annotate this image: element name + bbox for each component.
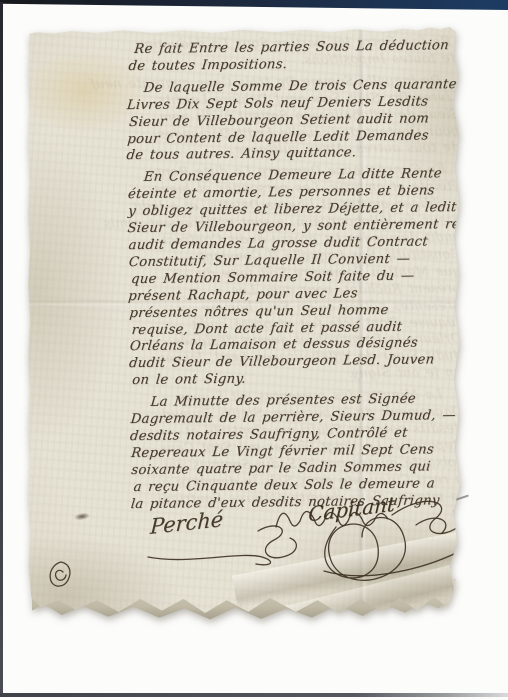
manuscript-text: Re fait Entre les parties Sous La déduct… — [125, 38, 471, 514]
signature-right: Capitant — [264, 483, 480, 595]
manuscript-paper: Re fait Entre les parties Sous La déduct… — [28, 27, 460, 613]
ink-smudge — [74, 512, 91, 522]
scan-edge-bottom — [0, 693, 508, 697]
scanned-document: Re fait Entre les parties Sous La déduct… — [0, 0, 508, 700]
corner-paraph-mark — [46, 557, 76, 593]
paper-wrap: Re fait Entre les parties Sous La déduct… — [28, 27, 460, 613]
scan-edge-top — [0, 0, 508, 10]
scan-edge-left — [0, 2, 3, 696]
